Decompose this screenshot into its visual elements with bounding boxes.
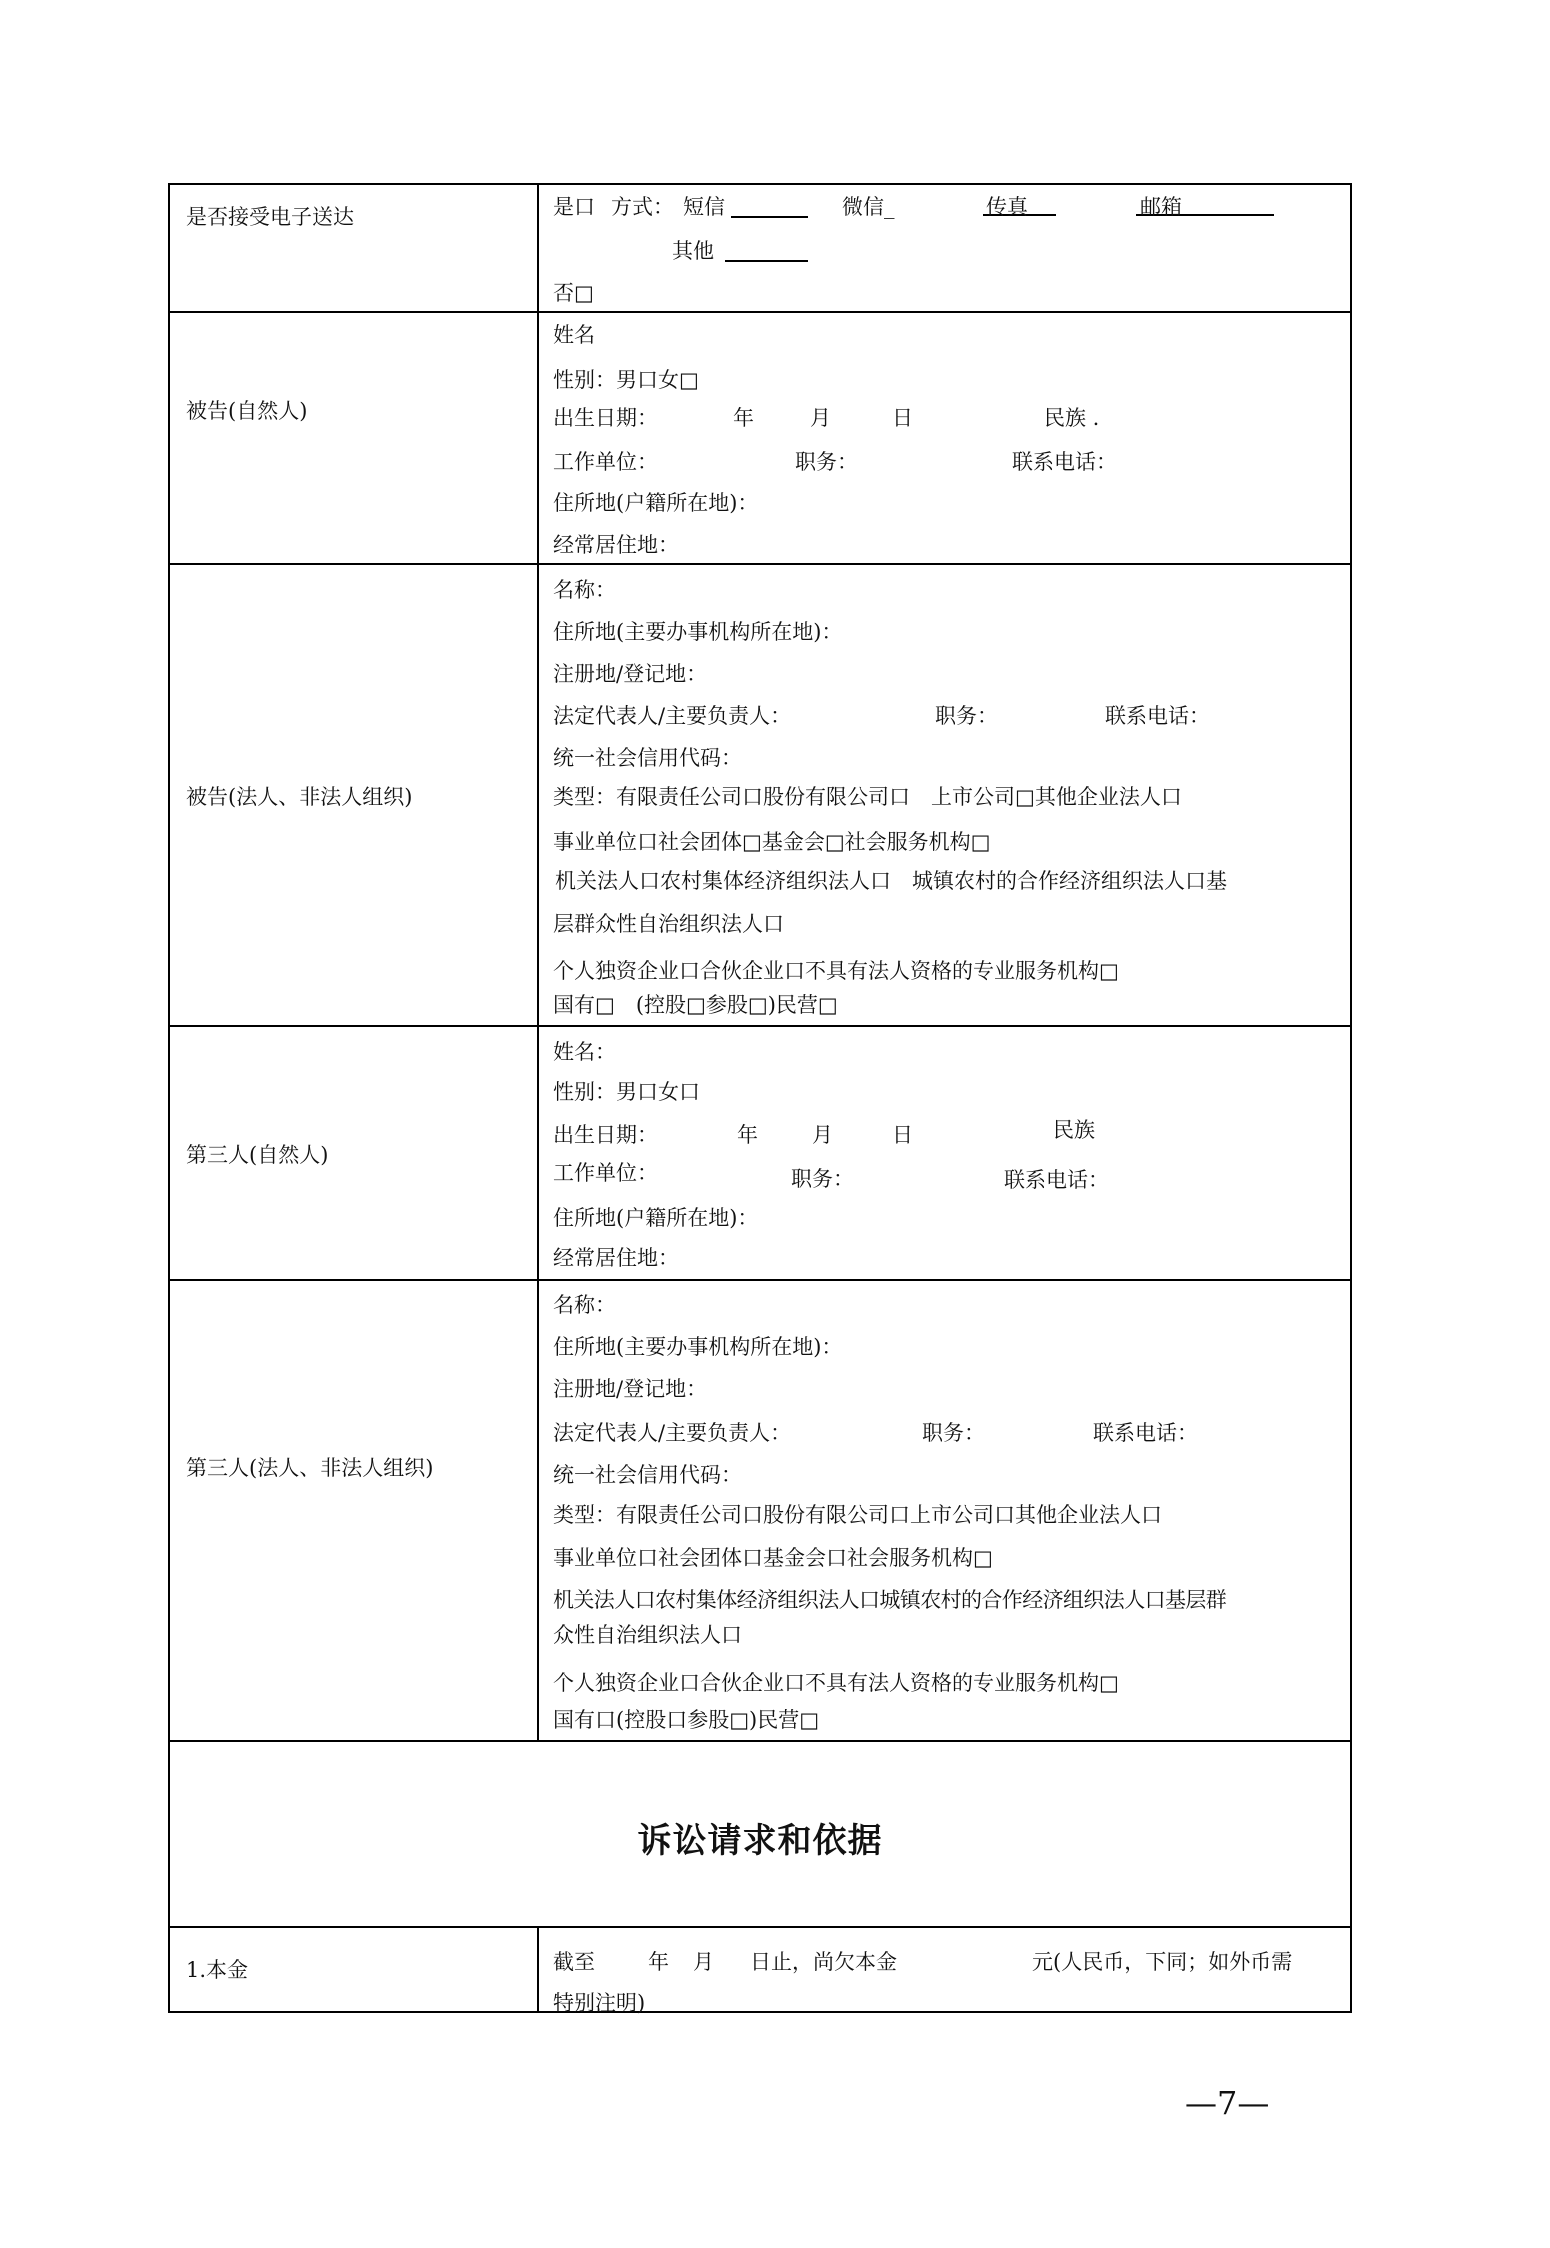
fax-field[interactable]: 传真 (983, 194, 1056, 216)
field-credit-code: 统一社会信用代码： (553, 1462, 742, 1488)
org-type-options[interactable]: 类型：有限责任公司口股份有限公司口上市公司口其他企业法人口 (553, 1502, 1162, 1528)
field-org-domicile: 住所地(主要办事机构所在地)： (553, 619, 842, 645)
birth-year: 年 (737, 1122, 758, 1148)
row-divider (168, 1926, 1352, 1928)
e-delivery-yes-option[interactable]: 是口 (553, 194, 595, 220)
field-registration: 注册地/登记地： (553, 661, 707, 687)
row-divider (168, 1279, 1352, 1281)
other-label: 其他 (672, 238, 714, 264)
section-heading: 诉讼请求和依据 (168, 1818, 1352, 1864)
page-number: —7— (1185, 2085, 1269, 2121)
row-divider (168, 1025, 1352, 1027)
field-position: 职务： (935, 703, 998, 729)
fax-label: 传真 (986, 195, 1028, 219)
method-label: 方式： (611, 194, 674, 220)
row-label-principal: 1.本金 (186, 1957, 248, 1983)
ownership-options[interactable]: 国有口(控股口参股□)民营□ (553, 1707, 819, 1733)
field-position: 职务： (922, 1420, 985, 1446)
as-of-label: 截至 (553, 1949, 595, 1975)
row-divider (168, 1740, 1352, 1742)
as-of-month: 月 (693, 1949, 714, 1975)
field-residence: 经常居住地： (553, 1245, 679, 1271)
field-representative: 法定代表人/主要负责人： (553, 1420, 791, 1446)
principal-owed-label: 日止，尚欠本金 (750, 1949, 897, 1975)
org-type-options[interactable]: 机关法人口农村集体经济组织法人口 城镇农村的合作经济组织法人口基 (555, 868, 1227, 894)
field-name: 姓名： (553, 1039, 616, 1065)
row-label-third-legal: 第三人(法人、非法人组织) (186, 1455, 433, 1481)
document-page: 是否接受电子送达 是口 方式： 短信 微信_ 传真 邮箱 其他 否□ 被告(自然… (0, 0, 1550, 2248)
org-type-options[interactable]: 机关法人口农村集体经济组织法人口城镇农村的合作经济组织法人口基层群 (553, 1587, 1226, 1613)
row-label-third-natural: 第三人(自然人) (186, 1142, 328, 1168)
birth-day: 日 (892, 1122, 913, 1148)
ownership-options[interactable]: 国有□ (控股□参股□)民营□ (553, 992, 838, 1018)
row-label-defendant-natural: 被告(自然人) (186, 398, 307, 424)
birth-month: 月 (812, 1122, 833, 1148)
field-org-name: 名称： (553, 577, 616, 603)
as-of-year: 年 (648, 1949, 669, 1975)
org-type-options[interactable]: 事业单位口社会团体口基金会口社会服务机构□ (553, 1545, 993, 1571)
field-employer: 工作单位： (553, 1160, 658, 1186)
field-org-domicile: 住所地(主要办事机构所在地)： (553, 1334, 842, 1360)
field-position: 职务： (791, 1166, 854, 1192)
row-divider (168, 563, 1352, 565)
field-org-name: 名称： (553, 1292, 616, 1318)
birth-day: 日 (892, 405, 913, 431)
field-name: 姓名 (553, 322, 595, 348)
row-label-e-delivery: 是否接受电子送达 (186, 204, 354, 230)
row-divider (168, 311, 1352, 313)
org-type-options[interactable]: 个人独资企业口合伙企业口不具有法人资格的专业服务机构□ (553, 958, 1119, 984)
field-domicile: 住所地(户籍所在地)： (553, 490, 758, 516)
birth-year: 年 (733, 405, 754, 431)
field-credit-code: 统一社会信用代码： (553, 745, 742, 771)
field-phone: 联系电话： (1105, 703, 1210, 729)
field-phone: 联系电话： (1012, 449, 1117, 475)
field-gender[interactable]: 性别：男口女口 (553, 1079, 700, 1105)
field-registration: 注册地/登记地： (553, 1376, 707, 1402)
currency-note: 元(人民币，下同；如外币需 (1032, 1949, 1292, 1975)
sms-label: 短信 (683, 194, 725, 220)
field-representative: 法定代表人/主要负责人： (553, 703, 791, 729)
column-divider (537, 1926, 539, 2013)
sms-field[interactable] (731, 194, 808, 218)
email-label: 邮箱 (1140, 195, 1182, 219)
field-phone: 联系电话： (1093, 1420, 1198, 1446)
org-type-options[interactable]: 个人独资企业口合伙企业口不具有法人资格的专业服务机构□ (553, 1670, 1119, 1696)
field-domicile: 住所地(户籍所在地)： (553, 1205, 758, 1231)
org-type-options[interactable]: 类型：有限责任公司口股份有限公司口 上市公司□其他企业法人口 (553, 784, 1182, 810)
field-birth-date: 出生日期： (553, 1122, 658, 1148)
field-employer: 工作单位： (553, 449, 658, 475)
other-field[interactable] (725, 238, 808, 262)
field-residence: 经常居住地： (553, 532, 679, 558)
row-label-defendant-legal: 被告(法人、非法人组织) (186, 784, 412, 810)
org-type-options[interactable]: 层群众性自治组织法人口 (553, 911, 784, 937)
field-position: 职务： (795, 449, 858, 475)
birth-month: 月 (810, 405, 831, 431)
e-delivery-no-option[interactable]: 否□ (553, 280, 594, 306)
org-type-options[interactable]: 事业单位口社会团体□基金会□社会服务机构□ (553, 829, 991, 855)
field-ethnicity: 民族 (1053, 1117, 1095, 1143)
complaint-form-table (168, 183, 1352, 2013)
column-divider (537, 183, 539, 1740)
wechat-label: 微信_ (842, 194, 895, 220)
field-gender[interactable]: 性别：男口女□ (553, 367, 699, 393)
email-field[interactable]: 邮箱 (1136, 194, 1274, 216)
field-phone: 联系电话： (1004, 1167, 1109, 1193)
currency-note-continued: 特别注明) (553, 1990, 645, 2016)
field-ethnicity: 民族 . (1044, 405, 1099, 431)
field-birth-date: 出生日期： (553, 405, 658, 431)
org-type-options[interactable]: 众性自治组织法人口 (553, 1622, 742, 1648)
yes-checkbox-label: 是口 (553, 195, 595, 219)
